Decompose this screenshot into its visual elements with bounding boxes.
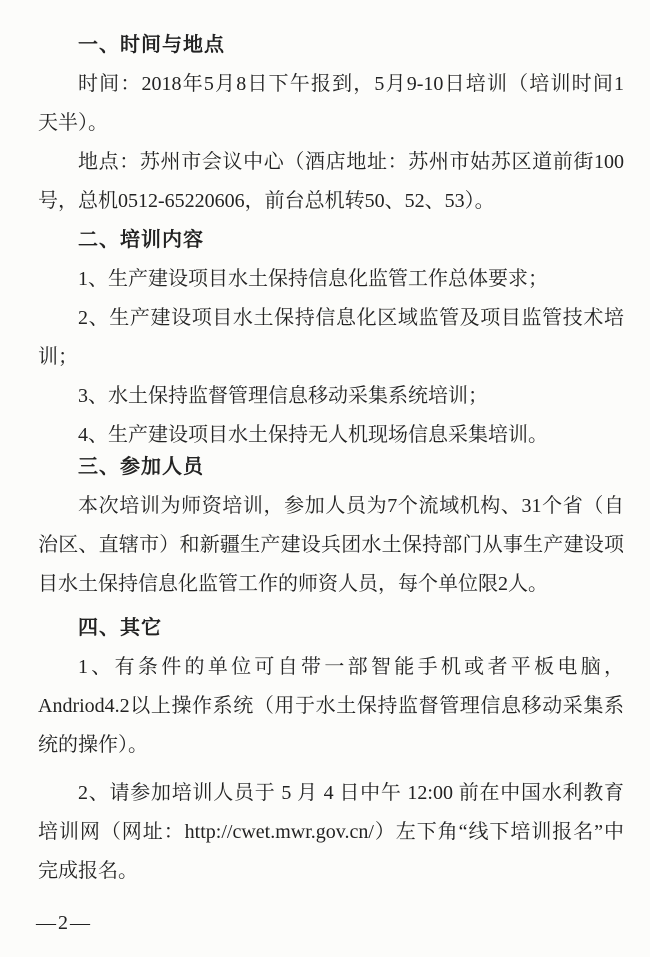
page-number: —2— [36,912,92,935]
paragraph-line: 时间：2018年5月8日下午报到，5月9-10日培训（培训时间1 [38,65,624,104]
paragraph: 2、请参加培训人员于 5 月 4 日中午 12:00 前在中国水利教育培训网（网… [38,774,624,891]
paragraph-line: 治区、直辖市）和新疆生产建设兵团水土保持部门从事生产建设项 [38,526,624,565]
document-page: 一、时间与地点时间：2018年5月8日下午报到，5月9-10日培训（培训时间1天… [0,0,650,957]
paragraph-line: 3、水土保持监督管理信息移动采集系统培训； [38,377,624,416]
paragraph-line: 2、请参加培训人员于 5 月 4 日中午 12:00 前在中国水利教育 [38,774,624,813]
paragraph-line: Andriod4.2以上操作系统（用于水土保持监督管理信息移动采集系 [38,687,624,726]
section-heading-text: 四、其它 [38,609,624,648]
section-heading-text: 一、时间与地点 [38,26,624,65]
paragraph: 1、有条件的单位可自带一部智能手机或者平板电脑，Andriod4.2以上操作系统… [38,648,624,765]
paragraph-line: 本次培训为师资培训，参加人员为7个流域机构、31个省（自 [38,487,624,526]
paragraph: 时间：2018年5月8日下午报到，5月9-10日培训（培训时间1天半）。 [38,65,624,143]
section-heading: 一、时间与地点 [38,26,624,65]
paragraph-line: 号，总机0512-65220606，前台总机转50、52、53）。 [38,182,624,221]
paragraph-line: 统的操作）。 [38,726,624,765]
paragraph-line: 1、有条件的单位可自带一部智能手机或者平板电脑， [38,648,624,687]
paragraph-line: 天半）。 [38,104,624,143]
section-heading: 二、培训内容 [38,221,624,260]
paragraph-line: 目水土保持信息化监管工作的师资人员，每个单位限2人。 [38,565,624,604]
paragraph-line: 2、生产建设项目水土保持信息化区域监管及项目监管技术培 [38,299,624,338]
paragraph: 地点：苏州市会议中心（酒店地址：苏州市姑苏区道前街100号，总机0512-652… [38,143,624,221]
paragraph: 3、水土保持监督管理信息移动采集系统培训； [38,377,624,416]
paragraph: 1、生产建设项目水土保持信息化监管工作总体要求； [38,260,624,299]
document-body: 一、时间与地点时间：2018年5月8日下午报到，5月9-10日培训（培训时间1天… [0,0,650,891]
paragraph: 2、生产建设项目水土保持信息化区域监管及项目监管技术培训； [38,299,624,377]
paragraph-line: 训； [38,338,624,377]
paragraph-line: 培训网（网址：http://cwet.mwr.gov.cn/）左下角“线下培训报… [38,813,624,852]
paragraph-line: 地点：苏州市会议中心（酒店地址：苏州市姑苏区道前街100 [38,143,624,182]
section-heading: 四、其它 [38,609,624,648]
section-heading-text: 二、培训内容 [38,221,624,260]
paragraph: 本次培训为师资培训，参加人员为7个流域机构、31个省（自治区、直辖市）和新疆生产… [38,487,624,604]
paragraph-line: 完成报名。 [38,852,624,891]
paragraph-line: 1、生产建设项目水土保持信息化监管工作总体要求； [38,260,624,299]
